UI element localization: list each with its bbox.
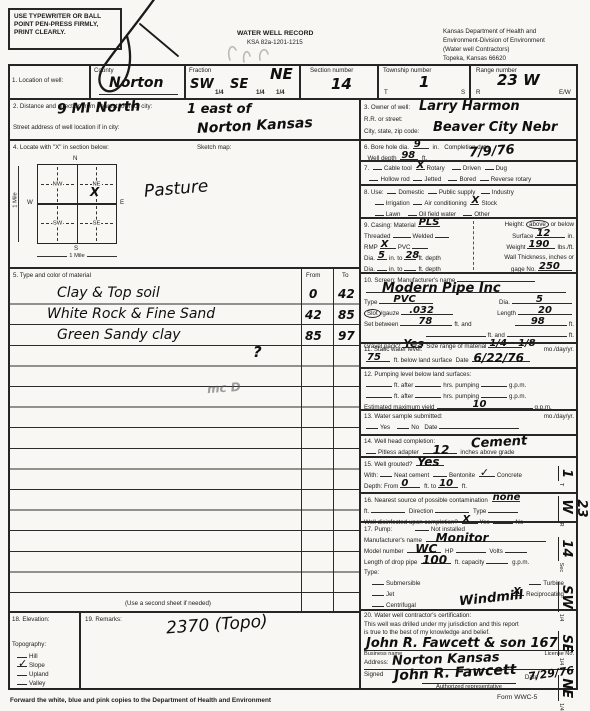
pump-mfr-value: Monitor [436, 533, 489, 543]
grout-from-value: 0 [401, 479, 408, 489]
form-number: Form WWC-5 [497, 694, 537, 702]
footer-forward-note: Forward the white, blue and pink copies … [10, 697, 271, 705]
margin-township: 1T [558, 466, 574, 486]
quadrant-sw: SW [38, 204, 77, 243]
stray-pencil-note: mc D [207, 380, 242, 396]
city-state-zip-label: City, state, zip code: [364, 128, 419, 136]
contamination-line1: 16. Nearest source of possible contamina… [364, 495, 574, 506]
set2-value: 98 [531, 317, 545, 327]
grout-to-value: 10 [439, 479, 453, 489]
surface-value: 12 [536, 229, 550, 239]
range-ew: E/W [559, 89, 571, 97]
well-depth-value: 98 [401, 151, 415, 161]
cert-label: 20. Water well contractor's certificatio… [364, 612, 574, 621]
rotary-check: X [417, 161, 425, 171]
elevation-section: 18. Elevation: Topography: Hill ✓Slope U… [8, 612, 80, 690]
pump-section: 17. Pump: Not installed Manufacturer's n… [360, 522, 578, 610]
agency-line4: Topeka, Kansas 66620 [443, 55, 506, 63]
fraction-se-value: SE [230, 77, 248, 92]
second-sheet-note: (Use a second sheet if needed) [125, 600, 211, 608]
quadrant-se-label: SE [92, 220, 102, 226]
use-line1: 8. Use: Domestic Public supply Industry [364, 187, 574, 198]
compass-s: S [74, 245, 78, 253]
township-cell: Township number T 1 S [378, 64, 470, 99]
method-line2: Hollow rod Jetted Bored Reverse rotary [364, 174, 574, 185]
range-r: R [476, 89, 480, 97]
distance-hw3: Norton Kansas [197, 115, 313, 137]
wellhead-height-value: 12 [433, 445, 450, 455]
sketch-note: Pasture [143, 176, 209, 202]
screen-manufacturer-value: Modern Pipe Inc [382, 284, 501, 294]
grout-value: Yes [417, 457, 439, 467]
wellhead-hw: Cement [471, 434, 528, 452]
quadrant-nw-label: NW [52, 181, 64, 187]
fraction-sw-value: SW [190, 77, 214, 92]
method-section: 7. Cable tool XRotary Driven Dug Hollow … [360, 161, 578, 185]
dia1-value: 5 [378, 251, 385, 261]
section-square: NW NE SW SE X [37, 164, 117, 244]
compass-e: E [120, 199, 124, 207]
pump-line5: Type: [364, 568, 574, 578]
owner-label: 3. Owner of well: [364, 104, 410, 112]
grout-line3: Depth: From0 ft. to10 ft. [364, 481, 574, 492]
use-section: 8. Use: Domestic Public supply Industry … [360, 185, 578, 218]
pumping-section: 12. Pumping level below land surfaces: f… [360, 368, 578, 410]
pumping-line3: ft. afterhrs. pumpingg.p.m. [364, 391, 574, 402]
screen-type-value: PVC [393, 295, 415, 305]
pumping-line2: ft. afterhrs. pumpingg.p.m. [364, 380, 574, 391]
screen-section: 10. Screen: Manufacturer's name Modern P… [360, 273, 578, 343]
margin-section: 14Sec [558, 537, 574, 573]
slot-value: .032 [409, 306, 434, 316]
remarks-section: 19. Remarks: 2370 (Topo) [80, 612, 360, 690]
material-row2-from: 42 [305, 308, 322, 322]
locate-label: 4. Locate with "X" in section below: [13, 144, 109, 152]
remarks-hw: 2370 (Topo) [165, 611, 268, 638]
pumping-line1: 12. Pumping level below land surfaces: [364, 370, 574, 380]
materials-section: 5. Type and color of material From To Cl… [8, 268, 360, 612]
stock-check: X [471, 196, 479, 206]
range-value: 23 W [497, 71, 540, 89]
township-t: T [384, 89, 388, 97]
quarter-label-2: 1/4 [256, 89, 265, 97]
casing-line3: RMPXPVC Weight190lbs./ft. [364, 242, 574, 253]
pump-line3: Model number WC HP Volts [364, 546, 574, 557]
grout-section: 15. Well grouted? Yes With:Neat cement B… [360, 457, 578, 493]
screen-line5: Set between78ft. and 98ft. [364, 319, 574, 330]
pump-line2: Manufacturer's name Monitor [364, 535, 574, 546]
slot-circled: Slot [364, 309, 381, 318]
weight-value: 190 [528, 240, 549, 250]
compass-w: W [27, 199, 33, 207]
sketch-map-label: Sketch map: [197, 144, 231, 152]
material-row3-to: 97 [338, 329, 355, 343]
quadrant-sw-label: SW [52, 220, 63, 226]
use-line2: Irrigation Air conditioning XStock [364, 198, 574, 209]
agency-line3: (Water well Contractors) [443, 46, 509, 54]
business-name-hw: John R. Fawcett & son 167 [366, 636, 558, 651]
casing-divider [473, 221, 474, 270]
pen-scribble [20, 0, 190, 111]
drop-pipe-value: 100 [422, 555, 447, 565]
method-line1: 7. Cable tool XRotary Driven Dug [364, 163, 574, 174]
material-row1-to: 42 [338, 287, 355, 301]
screen-dia-value: 5 [536, 295, 543, 305]
material-row1: Clay & Top soil [57, 285, 160, 301]
street-address-label: Street address of well location if in ci… [13, 124, 120, 132]
wellhead-line1: 14. Well head completion: [364, 437, 574, 447]
well-x-mark: X [90, 185, 99, 199]
owner-cell: 3. Owner of well: Larry Harmon R.R. or s… [360, 99, 578, 140]
contamination-value: none [493, 493, 521, 503]
grout-line1: 15. Well grouted? Yes [364, 459, 574, 470]
margin-annotation: 1T 23 WR 14Sec SW1/4 SE1/4 NE1/4 [558, 462, 586, 697]
concrete-check: ✓ [480, 468, 489, 478]
rr-street-label: R.R. or street: [364, 116, 403, 124]
slope-check: ✓ [18, 659, 27, 669]
margin-range: 23 WR [558, 496, 589, 526]
quarter-label-1: 1/4 [215, 89, 224, 97]
bore-dia-value: 9 [414, 140, 421, 150]
set1-value: 78 [418, 317, 432, 327]
remarks-label: 19. Remarks: [85, 616, 122, 624]
material-row2: White Rock & Fine Sand [47, 306, 215, 322]
owner-name: Larry Harmon [419, 99, 520, 114]
to-column-header: To [342, 272, 349, 280]
section-number-value: 14 [331, 75, 352, 93]
form-title: WATER WELL RECORD [237, 30, 313, 38]
mile-scale-h: 1 Mile [37, 253, 117, 259]
bore-section: 6. Bore hole dia. 9 in. Completion date … [360, 140, 578, 161]
from-column-header: From [306, 272, 320, 280]
static-line2: 75 ft. below land surface Date 6/22/76 [364, 355, 574, 366]
fraction-cell: Fraction SW 1/4 SE 1/4 NE 1/4 [185, 64, 300, 99]
completion-date-value: 7/9/76 [469, 142, 516, 160]
sample-line2: Yes No Date [364, 422, 574, 433]
length-value: 20 [538, 306, 552, 316]
margin-quarter-se: SE1/4 [558, 631, 574, 665]
quadrant-nw: NW [38, 165, 77, 204]
sample-section: 13. Water sample submitted: mo./day/yr. … [360, 410, 578, 435]
topo-valley: Valley [15, 678, 45, 689]
township-s: S [461, 89, 465, 97]
fraction-ne-value: NE [270, 65, 293, 83]
gage-value: 250 [539, 262, 560, 272]
rmp-check: X [381, 240, 389, 250]
yield-value: 10 [473, 400, 487, 410]
casing-section: 9. Casing: MaterialPLS Height: above or … [360, 218, 578, 273]
pump-type-row1: Submersible Turbine [364, 578, 574, 589]
depth1-value: 28 [405, 251, 419, 261]
margin-quarter-ne: NE1/4 [558, 675, 574, 710]
material-row3: Green Sandy clay [57, 327, 181, 343]
compass-n: N [73, 155, 77, 163]
margin-quarter-sw: SW1/4 [558, 582, 574, 621]
owner-city-value: Beaver City Nebr [433, 120, 557, 135]
stray-question-mark: ? [253, 343, 262, 361]
quarter-label-3: 1/4 [276, 89, 285, 97]
screen-line6: ft. andft. [364, 330, 574, 341]
mile-scale-v-label: 1 Mile [13, 192, 19, 207]
agency-line1: Kansas Department of Health and [443, 28, 536, 36]
static-level-value: 75 [367, 353, 381, 363]
materials-label: 5. Type and color of material [13, 272, 91, 280]
quadrant-se: SE [77, 204, 116, 243]
business-name-line: John R. Fawcett & son 167 [364, 638, 574, 651]
material-row1-from: 0 [309, 287, 317, 301]
fraction-label: Fraction [189, 67, 211, 75]
contamination-section: 16. Nearest source of possible contamina… [360, 493, 578, 522]
agency-line2: Environment-Division of Environment [443, 37, 545, 45]
distance-hw2: 1 east of [187, 102, 251, 117]
signature-hw: John R. Fawcett [394, 665, 517, 681]
material-row3-from: 85 [305, 329, 322, 343]
cert-line1: This well was drilled under my jurisdict… [364, 621, 574, 630]
certification-section: 20. Water well contractor's certificatio… [360, 610, 578, 690]
signed-line: Signed John R. Fawcett Date 7/29/76 [364, 670, 574, 683]
casing-material-value: PLS [419, 218, 440, 228]
section-number-label: Section number [310, 67, 353, 75]
township-value: 1 [419, 73, 429, 91]
static-line1: 11. Static water level: mo./day/yr. [364, 345, 574, 355]
material-row2-to: 85 [338, 308, 355, 322]
water-well-record-form: USE TYPEWRITER OR BALL POINT PEN-PRESS F… [0, 0, 590, 711]
wellhead-section: 14. Well head completion: Cement Pitless… [360, 435, 578, 457]
static-level-section: 11. Static water level: mo./day/yr. 75 f… [360, 343, 578, 368]
pump-line4: Length of drop pipe 100 ft. capacity g.p… [364, 557, 574, 568]
grout-line2: With:Neat cement Bentonite ✓Concrete [364, 470, 574, 481]
mile-scale-h-label: 1 Mile [67, 253, 86, 259]
elevation-label: 18. Elevation: [12, 616, 50, 624]
section-number-cell: Section number 14 [300, 64, 378, 99]
static-date-value: 6/22/76 [473, 353, 524, 363]
range-cell: Range number R 23 W E/W [470, 64, 578, 99]
topography-label: Topography: [12, 641, 46, 649]
sample-line1: 13. Water sample submitted: mo./day/yr. [364, 412, 574, 422]
locate-section: 4. Locate with "X" in section below: Ske… [8, 140, 360, 268]
